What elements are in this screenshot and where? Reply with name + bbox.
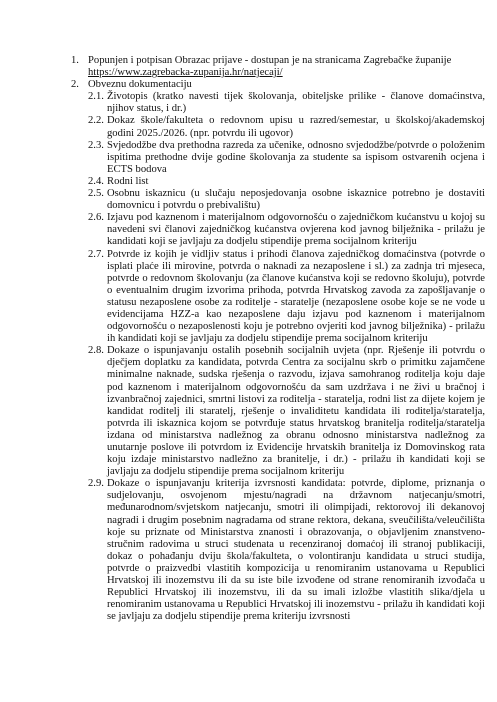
sub-item-text: Rodni list [107,176,149,187]
list-item-2: 2. Obveznu dokumentaciju 2.1. Životopis … [71,79,485,623]
sub-item-text: Dokaz škole/fakulteta o redovnom upisu u… [107,115,485,138]
sub-item-number: 2.8. [88,345,104,357]
requirements-list: 1. Popunjen i potpisan Obrazac prijave -… [71,55,485,623]
document-page: 1. Popunjen i potpisan Obrazac prijave -… [0,0,497,702]
sub-item-2-7: 2.7. Potvrde iz kojih je vidljiv status … [88,249,485,346]
sub-item-2-5: 2.5. Osobnu iskaznicu (u slučaju neposje… [88,188,485,212]
sub-item-2-9: 2.9. Dokaze o ispunjavanju kriterija izv… [88,478,485,623]
list-item-1: 1. Popunjen i potpisan Obrazac prijave -… [71,55,485,79]
sub-item-text: Izjavu pod kaznenom i materijalnom odgov… [107,212,485,247]
sub-item-number: 2.5. [88,188,104,200]
sub-item-number: 2.7. [88,249,104,261]
item-number: 1. [71,55,79,67]
sub-item-number: 2.3. [88,140,104,152]
sub-item-text: Dokaze o ispunjavanju ostalih posebnih s… [107,345,485,477]
sub-item-number: 2.9. [88,478,104,490]
sub-item-text: Životopis (kratko navesti tijek školovan… [107,91,485,114]
item-number: 2. [71,79,79,91]
sub-item-2-4: 2.4. Rodni list [88,176,485,188]
sub-item-text: Svjedodžbe dva prethodna razreda za učen… [107,140,485,175]
item-text: Popunjen i potpisan Obrazac prijave - do… [88,55,451,66]
sub-item-2-6: 2.6. Izjavu pod kaznenom i materijalnom … [88,212,485,248]
sub-item-text: Dokaze o ispunjavanju kriterija izvrsnos… [107,478,485,622]
sub-item-number: 2.2. [88,115,104,127]
sub-item-number: 2.4. [88,176,104,188]
sub-list: 2.1. Životopis (kratko navesti tijek ško… [88,91,485,623]
sub-item-number: 2.6. [88,212,104,224]
natjecaji-link[interactable]: https://www.zagrebacka-zupanija.hr/natje… [88,67,283,78]
sub-item-text: Osobnu iskaznicu (u slučaju neposjedovan… [107,188,485,211]
sub-item-2-2: 2.2. Dokaz škole/fakulteta o redovnom up… [88,115,485,139]
sub-item-text: Potvrde iz kojih je vidljiv status i pri… [107,249,485,345]
item-text: Obveznu dokumentaciju [88,79,192,90]
sub-item-2-1: 2.1. Životopis (kratko navesti tijek ško… [88,91,485,115]
sub-item-number: 2.1. [88,91,104,103]
sub-item-2-8: 2.8. Dokaze o ispunjavanju ostalih poseb… [88,345,485,478]
sub-item-2-3: 2.3. Svjedodžbe dva prethodna razreda za… [88,140,485,176]
